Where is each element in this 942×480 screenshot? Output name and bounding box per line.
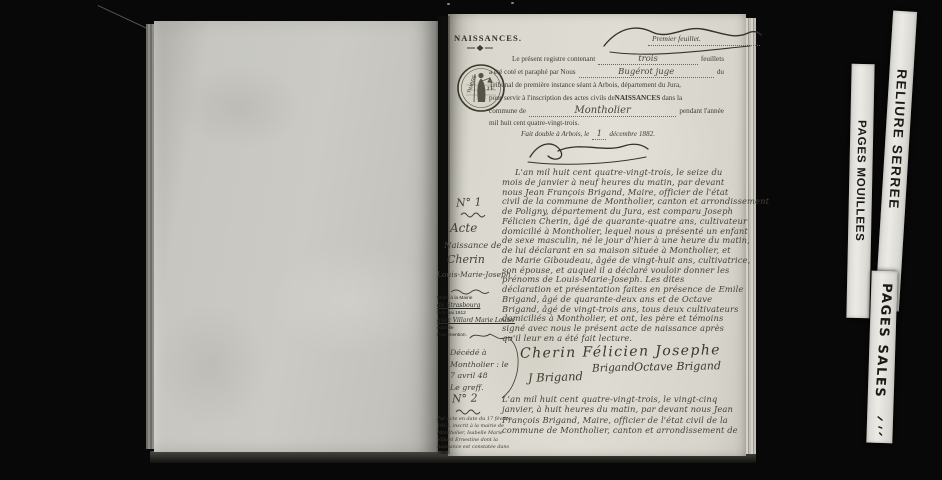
- margin-note-line: naissance est constatée dans: [437, 444, 511, 451]
- fill-in-blank: trois: [598, 55, 698, 65]
- act-number: N° 2: [452, 392, 478, 406]
- preamble-line: a été coté et paraphé par Nous Bugérot j…: [489, 68, 724, 78]
- preamble-line: Le présent registre contenant trois feui…: [512, 55, 724, 65]
- margin-title-line: Louis-Marie-Joseph: [437, 270, 511, 279]
- margin-title-line: Naissance de: [444, 241, 501, 251]
- preamble-line: Tribunal de première instance séant à Ar…: [489, 81, 681, 89]
- printed-text: a été coté et paraphé par Nous: [489, 68, 576, 76]
- handwritten-fill: trois: [638, 54, 658, 64]
- preamble-line: mil huit cent quatre-vingt-trois.: [489, 119, 579, 127]
- act-text-line: commune de Montholier, canton et arrondi…: [502, 425, 742, 435]
- paper-mottling: [154, 21, 438, 452]
- strip-pages-sales: PAGES SALES: [866, 271, 897, 444]
- printed-text: pour servir à l'inscription des actes ci…: [489, 94, 615, 102]
- printed-text: commune de: [489, 107, 526, 115]
- printed-text: Tribunal de première instance séant à Ar…: [489, 81, 681, 89]
- margin-note-line: Montholier, Isabelle Marie: [437, 430, 511, 437]
- margin-title-line: Acte: [450, 221, 477, 235]
- mention-line: Décédé à: [450, 347, 509, 359]
- act-text-line: François Brigand, Maire, officier de l'é…: [502, 415, 742, 425]
- margin-note-line: Par acte en date du 17 février: [437, 416, 511, 423]
- signature-witness2: Octave Brigand: [634, 359, 721, 374]
- signature-mayor: J Brigand: [528, 369, 583, 385]
- register-scan: NAISSANCES. Premier feuillet. TIMBRE 2 F…: [0, 0, 942, 480]
- book-gutter-shadow: [436, 16, 450, 454]
- act-number: N° 1: [456, 195, 482, 209]
- act-text-line: L'an mil huit cent quatre-vingt-trois, l…: [502, 394, 742, 404]
- printed-text: mil huit cent quatre-vingt-trois.: [489, 119, 579, 127]
- dust-speck: [447, 3, 450, 5]
- printed-bold-text: NAISSANCES: [615, 94, 661, 102]
- printed-text: du: [717, 68, 724, 76]
- header-ornament-icon: [466, 44, 494, 52]
- dust-speck: [511, 2, 514, 4]
- printed-text: pendant l'année: [679, 107, 724, 115]
- printed-text: Le présent registre contenant: [512, 55, 595, 63]
- blank-left-page: [154, 21, 438, 452]
- margin-note-line: 1913, inscrit à la mairie de: [437, 423, 511, 430]
- handwritten-fill: Bugérot juge: [618, 67, 674, 77]
- pen-marks: [874, 415, 887, 437]
- preamble-line: commune de Montholier pendant l'année: [489, 106, 724, 117]
- mention-line: Montholier : le: [450, 359, 509, 371]
- printed-text: feuillets: [701, 55, 724, 63]
- margin-flourish: [460, 211, 486, 219]
- strip-label: PAGES MOUILLEES: [848, 64, 869, 242]
- fill-in-blank: Bugérot juge: [579, 68, 714, 78]
- act2-text: L'an mil huit cent quatre-vingt-trois, l…: [502, 394, 742, 435]
- mention-line: 7 avril 48: [450, 370, 509, 382]
- act2-margin-note: Par acte en date du 17 février1913, insc…: [437, 416, 511, 451]
- margin-flourish: [455, 408, 481, 416]
- signature-witness1: Brigand: [592, 361, 635, 374]
- fill-in-blank: Montholier: [529, 106, 676, 117]
- margin-title-line: Cherin: [447, 253, 485, 266]
- page-title: NAISSANCES.: [454, 33, 522, 43]
- act1-text: L'an mil huit cent quatre-vingt-trois, l…: [502, 168, 742, 344]
- margin-note-line: Villard Ernestine dont la: [437, 437, 511, 444]
- death-mention-note: Décédé àMontholier : le7 avril 48Le gref…: [450, 347, 509, 393]
- judge-signature-scrawl: [520, 137, 656, 167]
- strip-label: RELIURE SERREE: [881, 11, 913, 211]
- printed-text: dans la: [660, 94, 682, 102]
- act-text-line: janvier, à huit heures du matin, par dev…: [502, 404, 742, 414]
- judge-signature-scrawl: [598, 20, 766, 60]
- handwritten-fill: Montholier: [575, 105, 631, 116]
- strip-reliure-serree: RELIURE SERREE: [875, 11, 917, 312]
- preamble-line: pour servir à l'inscription des actes ci…: [489, 94, 682, 102]
